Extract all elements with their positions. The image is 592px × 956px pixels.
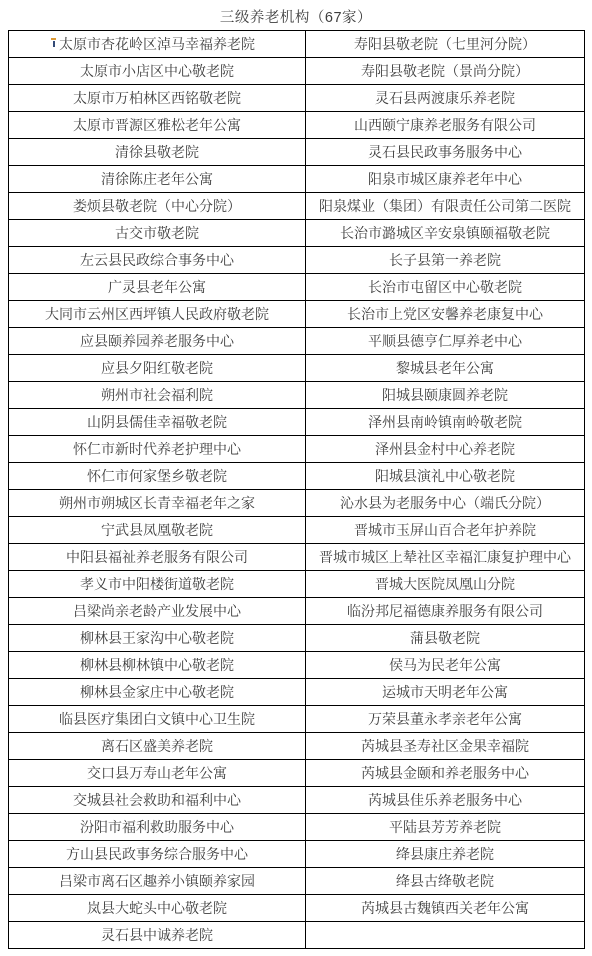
table-cell: 沁水县为老服务中心（端氏分院） [306,490,585,517]
table-row: 清徐陈庄老年公寓阳泉市城区康养老年中心 [9,166,585,193]
institutions-table: 太原市杏花岭区淖马幸福养老院寿阳县敬老院（七里河分院）太原市小店区中心敬老院寿阳… [8,30,585,949]
table-cell: 交口县万寿山老年公寓 [9,760,306,787]
table-cell [306,922,585,949]
table-cell: 长治市上党区安馨养老康复中心 [306,301,585,328]
table-row: 应县夕阳红敬老院黎城县老年公寓 [9,355,585,382]
table-cell: 方山县民政事务综合服务中心 [9,841,306,868]
table-cell: 吕梁尚亲老龄产业发展中心 [9,598,306,625]
table-cell: 晋城市城区上辇社区幸福汇康复护理中心 [306,544,585,571]
table-cell: 万荣县董永孝亲老年公寓 [306,706,585,733]
table-row: 柳林县王家沟中心敬老院蒲县敬老院 [9,625,585,652]
table-row: 吕梁尚亲老龄产业发展中心临汾邦尼福德康养服务有限公司 [9,598,585,625]
table-row: 中阳县福祉养老服务有限公司晋城市城区上辇社区幸福汇康复护理中心 [9,544,585,571]
table-row: 娄烦县敬老院（中心分院）阳泉煤业（集团）有限责任公司第二医院 [9,193,585,220]
table-row: 宁武县凤凰敬老院晋城市玉屏山百合老年护养院 [9,517,585,544]
table-cell: 古交市敬老院 [9,220,306,247]
table-cell: 侯马为民老年公寓 [306,652,585,679]
table-cell: 绛县康庄养老院 [306,841,585,868]
table-cell: 太原市杏花岭区淖马幸福养老院 [9,31,306,58]
table-cell: 朔州市朔城区长青幸福老年之家 [9,490,306,517]
table-cell: 柳林县王家沟中心敬老院 [9,625,306,652]
table-cell: 蒲县敬老院 [306,625,585,652]
table-row: 太原市万柏林区西铭敬老院灵石县两渡康乐养老院 [9,85,585,112]
table-row: 交口县万寿山老年公寓芮城县金颐和养老服务中心 [9,760,585,787]
table-cell: 怀仁市何家堡乡敬老院 [9,463,306,490]
table-cell: 吕梁市离石区趣养小镇颐养家园 [9,868,306,895]
table-cell: 清徐县敬老院 [9,139,306,166]
table-cell: 芮城县佳乐养老服务中心 [306,787,585,814]
table-row: 柳林县柳林镇中心敬老院侯马为民老年公寓 [9,652,585,679]
table-cell: 长治市屯留区中心敬老院 [306,274,585,301]
table-cell: 朔州市社会福利院 [9,382,306,409]
table-cell: 泽州县金村中心养老院 [306,436,585,463]
table-cell: 灵石县民政事务服务中心 [306,139,585,166]
table-cell: 交城县社会救助和福利中心 [9,787,306,814]
table-cell: 太原市万柏林区西铭敬老院 [9,85,306,112]
table-cell: 泽州县南岭镇南岭敬老院 [306,409,585,436]
table-row: 左云县民政综合事务中心长子县第一养老院 [9,247,585,274]
table-cell: 灵石县两渡康乐养老院 [306,85,585,112]
table-cell: 寿阳县敬老院（七里河分院） [306,31,585,58]
table-row: 怀仁市何家堡乡敬老院阳城县演礼中心敬老院 [9,463,585,490]
table-row: 朔州市社会福利院阳城县颐康圆养老院 [9,382,585,409]
table-cell: 柳林县金家庄中心敬老院 [9,679,306,706]
table-cell: 宁武县凤凰敬老院 [9,517,306,544]
table-cell: 孝义市中阳楼街道敬老院 [9,571,306,598]
table-cell: 晋城大医院凤凰山分院 [306,571,585,598]
table-row: 太原市晋源区雅松老年公寓山西颐宁康养老服务有限公司 [9,112,585,139]
table-cell: 平陆县芳芳养老院 [306,814,585,841]
table-cell: 运城市天明老年公寓 [306,679,585,706]
table-cell: 左云县民政综合事务中心 [9,247,306,274]
table-cell: 应县颐养园养老服务中心 [9,328,306,355]
table-cell: 怀仁市新时代养老护理中心 [9,436,306,463]
table-row: 太原市小店区中心敬老院寿阳县敬老院（景尚分院） [9,58,585,85]
table-cell: 太原市小店区中心敬老院 [9,58,306,85]
table-cell: 阳泉市城区康养老年中心 [306,166,585,193]
table-row: 怀仁市新时代养老护理中心泽州县金村中心养老院 [9,436,585,463]
table-row: 应县颐养园养老服务中心平顺县德亨仁厚养老中心 [9,328,585,355]
table-cell: 长子县第一养老院 [306,247,585,274]
table-cell: 芮城县金颐和养老服务中心 [306,760,585,787]
page-title: 三级养老机构（67家） [0,8,592,28]
table-row: 灵石县中诚养老院 [9,922,585,949]
table-cell: 临县医疗集团白文镇中心卫生院 [9,706,306,733]
table-row: 离石区盛美养老院芮城县圣寿社区金果幸福院 [9,733,585,760]
table-row: 汾阳市福利救助服务中心平陆县芳芳养老院 [9,814,585,841]
table-cell: 黎城县老年公寓 [306,355,585,382]
table-cell: 广灵县老年公寓 [9,274,306,301]
table-row: 清徐县敬老院灵石县民政事务服务中心 [9,139,585,166]
table-cell: 阳城县颐康圆养老院 [306,382,585,409]
table-row: 太原市杏花岭区淖马幸福养老院寿阳县敬老院（七里河分院） [9,31,585,58]
table-row: 大同市云州区西坪镇人民政府敬老院长治市上党区安馨养老康复中心 [9,301,585,328]
table-cell: 山西颐宁康养老服务有限公司 [306,112,585,139]
table-row: 古交市敬老院长治市潞城区辛安泉镇颐福敬老院 [9,220,585,247]
table-row: 朔州市朔城区长青幸福老年之家沁水县为老服务中心（端氏分院） [9,490,585,517]
table-cell: 长治市潞城区辛安泉镇颐福敬老院 [306,220,585,247]
table-row: 岚县大蛇头中心敬老院芮城县古魏镇西关老年公寓 [9,895,585,922]
table-row: 山阴县儒佳幸福敬老院泽州县南岭镇南岭敬老院 [9,409,585,436]
table-cell: 阳泉煤业（集团）有限责任公司第二医院 [306,193,585,220]
table-cell: 灵石县中诚养老院 [9,922,306,949]
table-cell: 清徐陈庄老年公寓 [9,166,306,193]
table-cell: 岚县大蛇头中心敬老院 [9,895,306,922]
table-cell: 柳林县柳林镇中心敬老院 [9,652,306,679]
table-row: 临县医疗集团白文镇中心卫生院万荣县董永孝亲老年公寓 [9,706,585,733]
table-cell: 晋城市玉屏山百合老年护养院 [306,517,585,544]
table-row: 方山县民政事务综合服务中心绛县康庄养老院 [9,841,585,868]
table-row: 孝义市中阳楼街道敬老院晋城大医院凤凰山分院 [9,571,585,598]
table-cell: 太原市晋源区雅松老年公寓 [9,112,306,139]
table-cell: 寿阳县敬老院（景尚分院） [306,58,585,85]
table-cell: 中阳县福祉养老服务有限公司 [9,544,306,571]
table-cell: 芮城县古魏镇西关老年公寓 [306,895,585,922]
table-cell: 芮城县圣寿社区金果幸福院 [306,733,585,760]
table-cell: 应县夕阳红敬老院 [9,355,306,382]
table-row: 交城县社会救助和福利中心芮城县佳乐养老服务中心 [9,787,585,814]
table-cell: 绛县古绛敬老院 [306,868,585,895]
table-cell: 汾阳市福利救助服务中心 [9,814,306,841]
table-cell: 阳城县演礼中心敬老院 [306,463,585,490]
table-cell: 山阴县儒佳幸福敬老院 [9,409,306,436]
table-row: 吕梁市离石区趣养小镇颐养家园绛县古绛敬老院 [9,868,585,895]
table-cell: 离石区盛美养老院 [9,733,306,760]
table-row: 柳林县金家庄中心敬老院运城市天明老年公寓 [9,679,585,706]
table-row: 广灵县老年公寓长治市屯留区中心敬老院 [9,274,585,301]
table-cell: 娄烦县敬老院（中心分院） [9,193,306,220]
table-cell: 大同市云州区西坪镇人民政府敬老院 [9,301,306,328]
institutions-table-body: 太原市杏花岭区淖马幸福养老院寿阳县敬老院（七里河分院）太原市小店区中心敬老院寿阳… [9,31,585,949]
table-cell: 平顺县德亨仁厚养老中心 [306,328,585,355]
table-cell: 临汾邦尼福德康养服务有限公司 [306,598,585,625]
